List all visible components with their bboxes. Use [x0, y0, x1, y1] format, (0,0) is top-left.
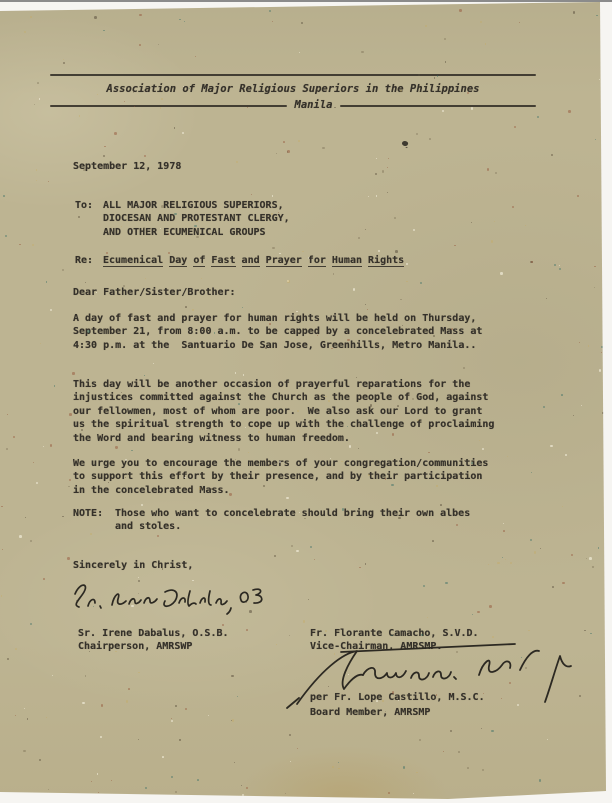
per-signatory-block: per Fr. Lope Castillo, M.S.C. Board Memb… [310, 691, 485, 720]
letterhead-rule-top [50, 74, 536, 76]
re-label: Re: [75, 254, 93, 267]
paragraph-1: A day of fast and prayer for human right… [73, 312, 482, 352]
paragraph-2: This day will be another occasion of pra… [73, 378, 494, 445]
org-city: Manila [287, 99, 340, 112]
signatory-left-title: Chairperson, AMRSWP [78, 641, 192, 652]
ink-speck [401, 140, 409, 147]
paper: Association of Major Religious Superiors… [0, 0, 612, 803]
scanner-edge-line [0, 0, 612, 2]
signatory-left-name: Sr. Irene Dabalus, O.S.B. [78, 628, 229, 639]
org-name: Association of Major Religious Superiors… [50, 83, 536, 96]
signatory-right-name: Fr. Florante Camacho, S.V.D. [310, 628, 479, 639]
re-subject: Ecumenical Day of Fast and Prayer for Hu… [103, 254, 404, 267]
per-signatory-title: Board Member, AMRSMP [310, 707, 430, 718]
scanned-letter-page: { "letterhead": { "org_name": "Associati… [0, 0, 612, 803]
salutation: Dear Father/Sister/Brother: [73, 286, 236, 299]
dabalus-signature [66, 578, 271, 618]
to-lines: ALL MAJOR RELIGIOUS SUPERIORS, DIOCESAN … [103, 199, 290, 239]
note-label: NOTE: [73, 507, 103, 520]
date-line: September 12, 1978 [73, 160, 181, 173]
letterhead-rule-manila-left [50, 105, 287, 107]
to-label: To: [75, 199, 93, 212]
signatory-left-name-title: Sr. Irene Dabalus, O.S.B. Chairperson, A… [78, 627, 229, 654]
letterhead-rule-manila-right [340, 105, 536, 107]
note-text: Those who want to concelebrate should br… [115, 507, 470, 534]
paragraph-3: We urge you to encourage the members of … [73, 457, 488, 497]
signatory-right-title: Vice-Chairman, AMRSMP. [310, 641, 442, 652]
per-signatory-name: per Fr. Lope Castillo, M.S.C. [310, 692, 485, 703]
signatory-right-name-title: Fr. Florante Camacho, S.V.D. Vice-Chairm… [310, 627, 479, 654]
closing: Sincerely in Christ, [73, 559, 193, 572]
